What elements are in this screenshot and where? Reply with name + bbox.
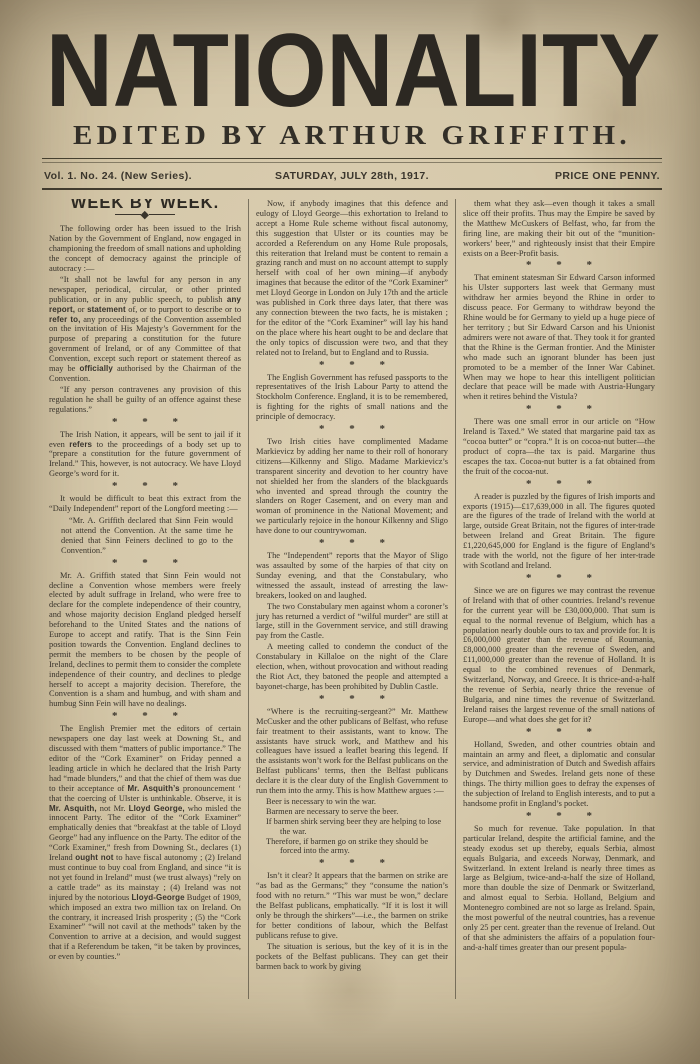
star-separator: * * * — [463, 404, 655, 414]
star-separator: * * * — [256, 858, 448, 868]
paragraph: So much for revenue. Take population. In… — [463, 824, 655, 953]
newspaper-scan: { "colors": { "paper": "#d6c9ab", "ink":… — [0, 0, 700, 1064]
section-divider-icon — [49, 212, 241, 218]
paragraph: Mr. A. Griffith stated that Sinn Fein wo… — [49, 571, 241, 710]
paragraph: Two Irish cities have complimented Madam… — [256, 437, 448, 536]
paragraph: The “Independent” reports that the Mayor… — [256, 551, 448, 601]
verse-line: If barmen shirk serving beer they are he… — [260, 817, 448, 837]
masthead-subtitle: EDITED BY ARTHUR GRIFFITH. — [69, 118, 635, 152]
verse-block: Beer is necessary to win the war.Barmen … — [260, 797, 448, 856]
paragraph: The English Premier met the editors of c… — [49, 724, 241, 962]
star-separator: * * * — [49, 711, 241, 721]
masthead-subtitle-text: EDITED BY ARTHUR GRIFFITH. — [73, 120, 631, 150]
star-separator: * * * — [49, 417, 241, 427]
star-separator: * * * — [256, 538, 448, 548]
paragraph: Since we are on figures we may contrast … — [463, 586, 655, 725]
masthead-title-text: NATIONALITY — [46, 18, 660, 116]
newspaper-page: NATIONALITY EDITED BY ARTHUR GRIFFITH. V… — [0, 0, 700, 1064]
paragraph: Isn’t it clear? It appears that the barm… — [256, 871, 448, 940]
paragraph: “Where is the recruiting-sergeant?” Mr. … — [256, 707, 448, 796]
star-separator: * * * — [256, 360, 448, 370]
verse-line: Barmen are necessary to serve the beer. — [260, 807, 448, 817]
star-separator: * * * — [463, 479, 655, 489]
paragraph: The situation is serious, but the key of… — [256, 942, 448, 972]
paragraph: “It shall not be lawful for any person i… — [49, 275, 241, 384]
rule-bottom — [42, 188, 662, 190]
paragraph: That eminent statesman Sir Edward Carson… — [463, 273, 655, 402]
paragraph: “If any person contravenes any provision… — [49, 385, 241, 415]
column-1: WEEK BY WEEK. The following order has be… — [42, 199, 248, 999]
paragraph: The English Government has refused passp… — [256, 373, 448, 423]
price-label: PRICE ONE PENNY. — [555, 170, 660, 182]
masthead: NATIONALITY EDITED BY ARTHUR GRIFFITH. — [42, 18, 662, 152]
paragraph: The Irish Nation, it appears, will be se… — [49, 430, 241, 480]
paragraph: them what they ask—even though it takes … — [463, 199, 655, 258]
star-separator: * * * — [49, 481, 241, 491]
star-separator: * * * — [463, 727, 655, 737]
divider-line-left — [115, 214, 141, 216]
star-separator: * * * — [463, 811, 655, 821]
paragraph: A meeting called to condemn the conduct … — [256, 642, 448, 692]
section-heading: WEEK BY WEEK. — [49, 199, 241, 209]
divider-line-right — [149, 214, 175, 216]
volume-label: Vol. 1. No. 24. (New Series). — [44, 170, 192, 182]
paragraph: The following order has been issued to t… — [49, 224, 241, 274]
paragraph: The two Constabulary men against whom a … — [256, 602, 448, 642]
column-2: Now, if anybody imagines that this defen… — [248, 199, 456, 999]
paragraph: Holland, Sweden, and other countries obt… — [463, 740, 655, 809]
column-3: them what they ask—even though it takes … — [456, 199, 662, 999]
article-columns: WEEK BY WEEK. The following order has be… — [42, 199, 662, 999]
star-separator: * * * — [256, 424, 448, 434]
paragraph: There was one small error in our article… — [463, 417, 655, 476]
masthead-title: NATIONALITY — [42, 18, 664, 116]
paragraph: A reader is puzzled by the figures of Ir… — [463, 492, 655, 571]
quoted-paragraph: “Mr. A. Griffith declared that Sinn Fein… — [61, 516, 233, 556]
paragraph: Now, if anybody imagines that this defen… — [256, 199, 448, 358]
verse-line: Therefore, if barmen go on strike they s… — [260, 837, 448, 857]
star-separator: * * * — [256, 694, 448, 704]
date-label: SATURDAY, JULY 28th, 1917. — [275, 170, 429, 182]
star-separator: * * * — [463, 573, 655, 583]
star-separator: * * * — [463, 260, 655, 270]
verse-line: Beer is necessary to win the war. — [260, 797, 448, 807]
issue-line: Vol. 1. No. 24. (New Series). SATURDAY, … — [42, 163, 662, 188]
star-separator: * * * — [49, 558, 241, 568]
paragraph: It would be difficult to beat this extra… — [49, 494, 241, 514]
